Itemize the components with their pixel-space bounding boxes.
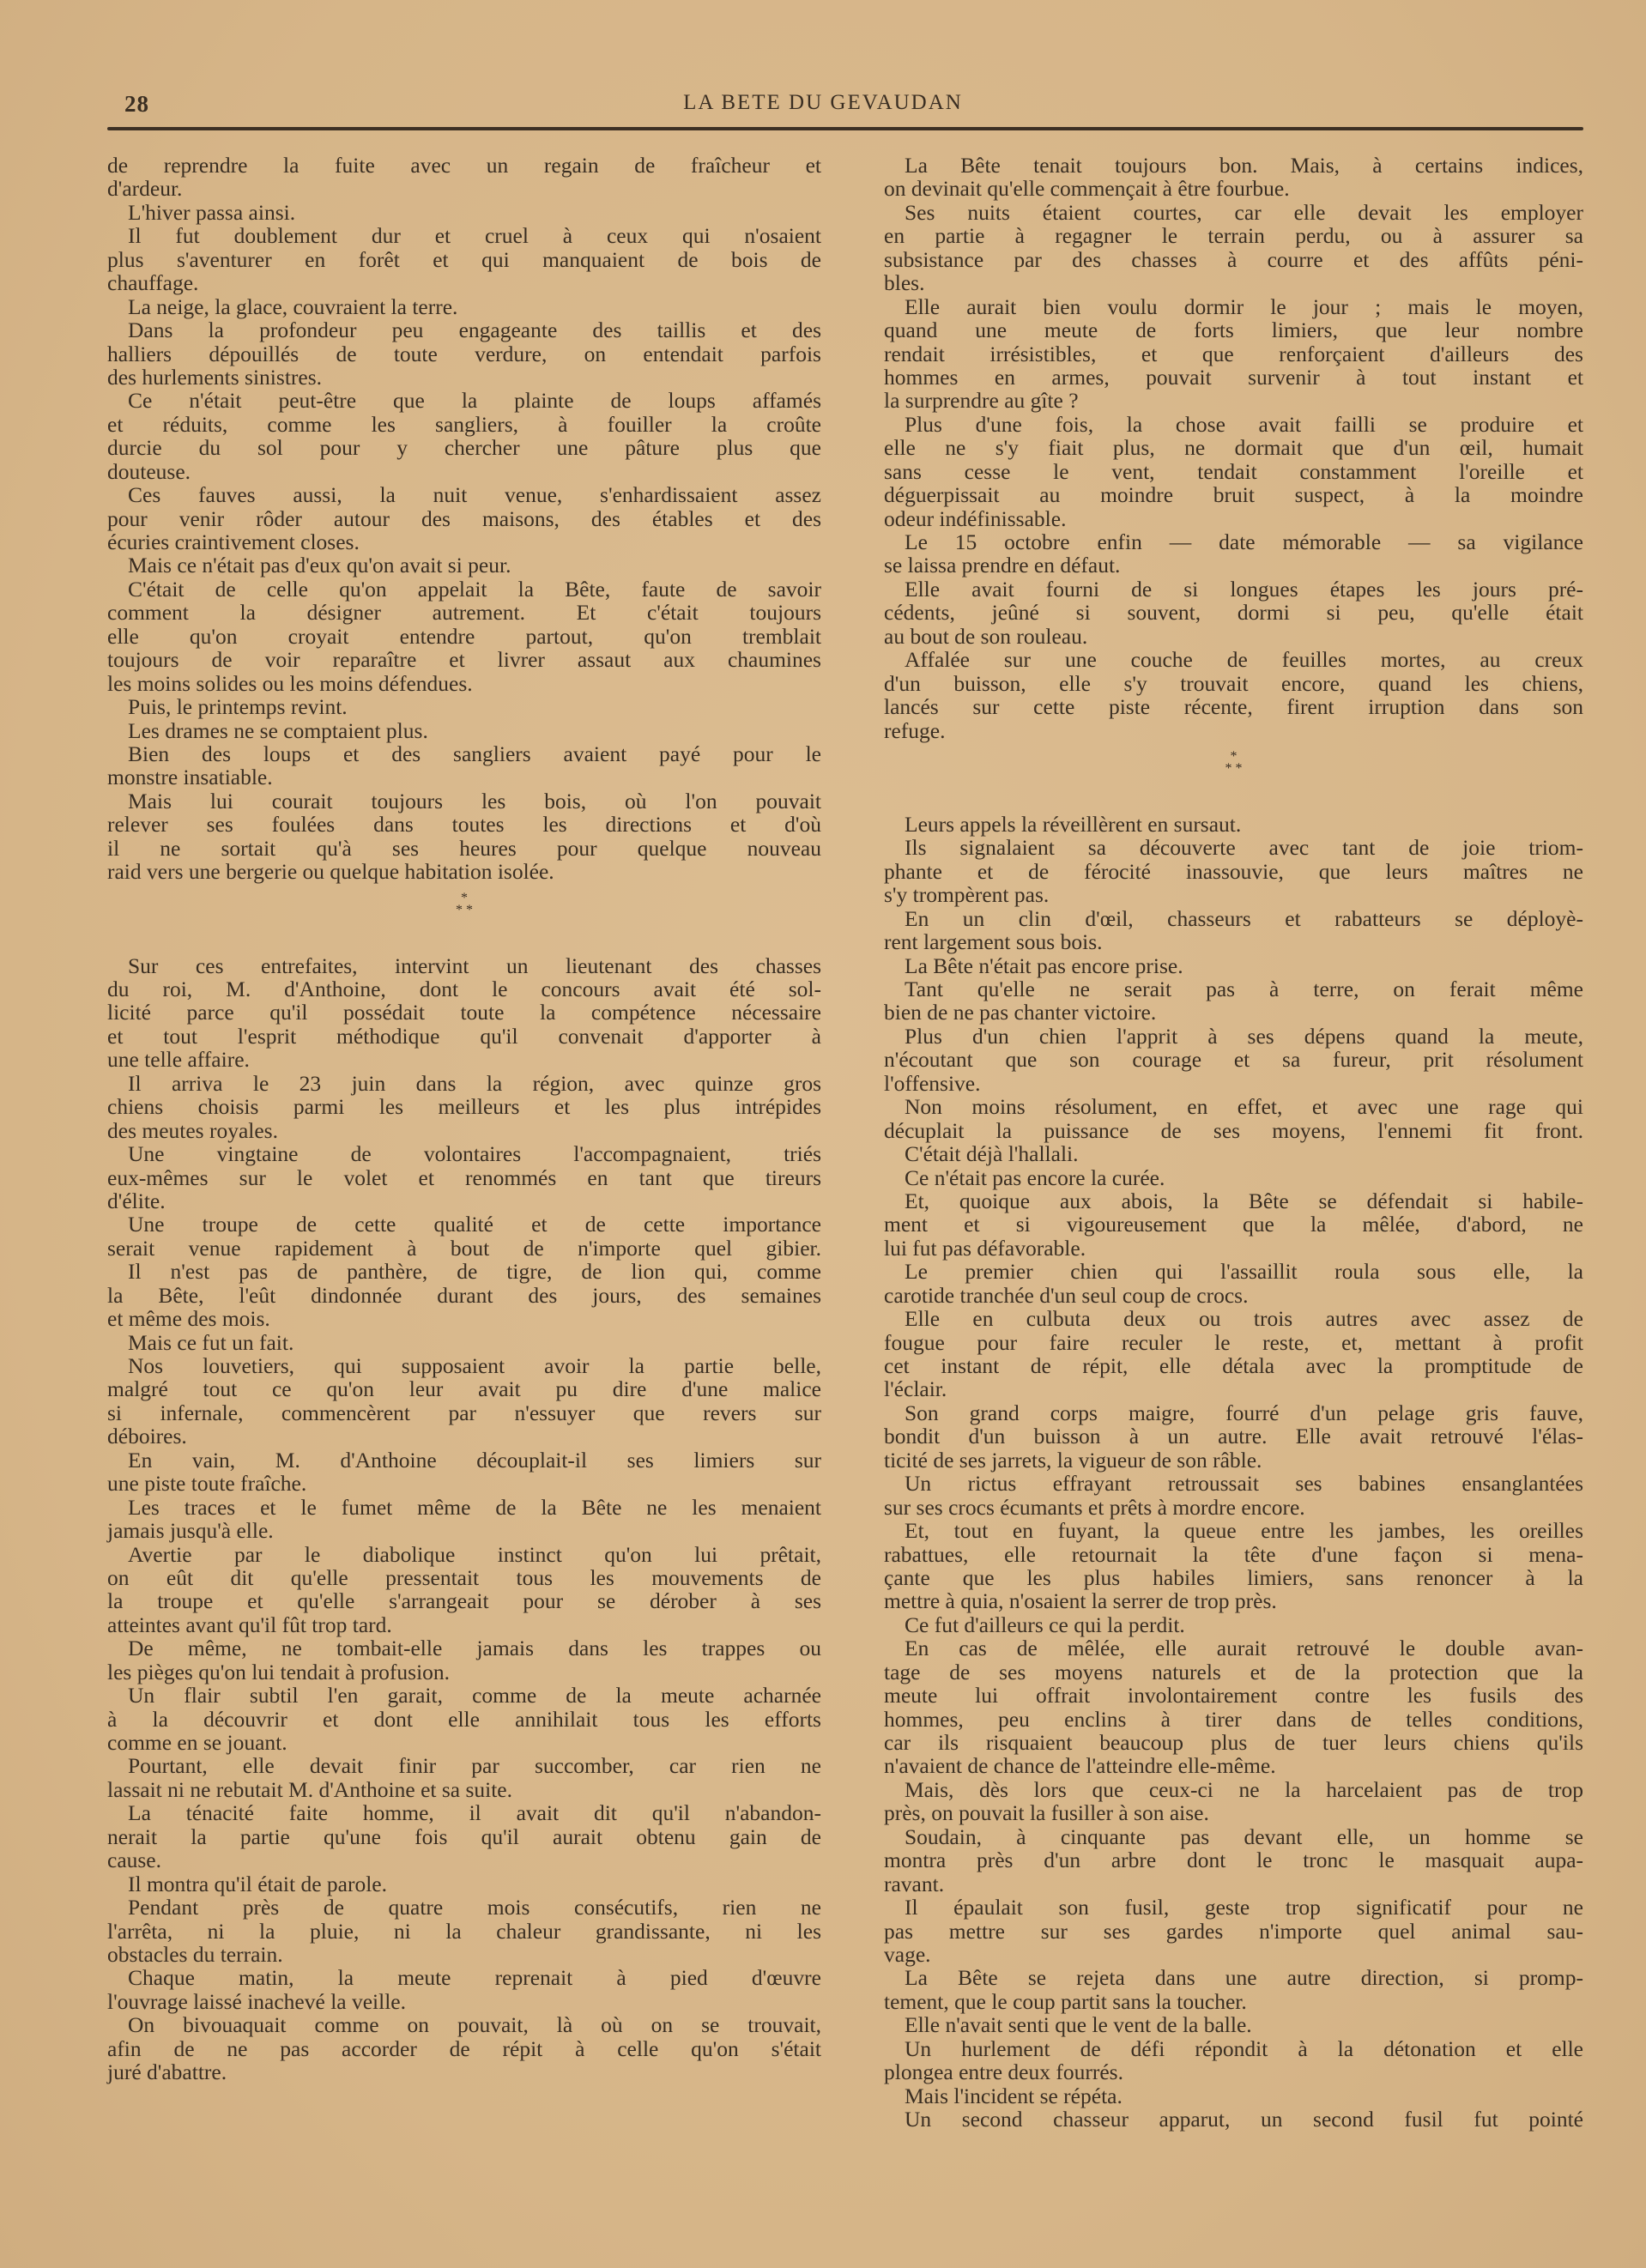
text-line: La Bête n'était pas encore prise.: [884, 954, 1583, 977]
text-line: halliers dépouillés de toute verdure, on…: [107, 342, 821, 366]
text-line: De même, ne tombait-elle jamais dans les…: [107, 1636, 821, 1660]
text-line: déboires.: [107, 1424, 821, 1448]
text-line: Il montra qu'il était de parole.: [107, 1872, 821, 1896]
asterism-bottom: * *: [107, 904, 821, 916]
text-line: la surprendre au gîte ?: [884, 389, 1583, 412]
text-line: Les traces et le fumet même de la Bête n…: [107, 1496, 821, 1519]
text-line: ticité de ses jarrets, la vigueur de son…: [884, 1448, 1583, 1472]
text-line: meute lui offrait involontairement contr…: [884, 1684, 1583, 1707]
header-rule: [107, 127, 1583, 130]
text-line: une telle affaire.: [107, 1048, 821, 1071]
text-line: Sur ces entrefaites, intervint un lieute…: [107, 954, 821, 977]
text-line: d'un buisson, elle s'y trouvait encore, …: [884, 672, 1583, 695]
text-line: Il fut doublement dur et cruel à ceux qu…: [107, 224, 821, 247]
text-line: La ténacité faite homme, il avait dit qu…: [107, 1801, 821, 1824]
text-line: à la découvrir et dont elle annihilait t…: [107, 1708, 821, 1731]
text-line: Elle avait fourni de si longues étapes l…: [884, 578, 1583, 601]
text-line: et tout l'esprit méthodique qu'il conven…: [107, 1025, 821, 1048]
text-line: cause.: [107, 1848, 821, 1872]
text-line: mettre à quia, n'osaient la serrer de tr…: [884, 1589, 1583, 1612]
text-line: il ne sortait qu'à ses heures pour quelq…: [107, 837, 821, 860]
text-line: plongea entre deux fourrés.: [884, 2060, 1583, 2084]
text-line: plus s'aventurer en forêt et qui manquai…: [107, 248, 821, 271]
text-line: serait venue rapidement à bout de n'impo…: [107, 1237, 821, 1260]
text-line: afin de ne pas accorder de répit à celle…: [107, 2037, 821, 2060]
text-line: la troupe et qu'elle s'arrangeait pour s…: [107, 1589, 821, 1612]
text-line: Mais ce n'était pas d'eux qu'on avait si…: [107, 553, 821, 577]
text-line: En un clin d'œil, chasseurs et rabatteur…: [884, 907, 1583, 930]
text-line: En vain, M. d'Anthoine découplait-il ses…: [107, 1448, 821, 1472]
text-line: Pourtant, elle devait finir par succombe…: [107, 1754, 821, 1777]
text-line: Tant qu'elle ne serait pas à terre, on f…: [884, 977, 1583, 1001]
text-line: bien de ne pas chanter victoire.: [884, 1001, 1583, 1024]
text-line: Il arriva le 23 juin dans la région, ave…: [107, 1072, 821, 1095]
text-line: En cas de mêlée, elle aurait retrouvé le…: [884, 1636, 1583, 1660]
right-text-block-1: La Bête tenait toujours bon. Mais, à cer…: [884, 154, 1583, 742]
text-line: La neige, la glace, couvraient la terre.: [107, 295, 821, 318]
text-line: d'élite.: [107, 1189, 821, 1213]
text-line: lancés sur cette piste récente, firent i…: [884, 695, 1583, 718]
text-line: monstre insatiable.: [107, 765, 821, 789]
text-line: nerait la partie qu'une fois qu'il aurai…: [107, 1825, 821, 1848]
text-line: Dans la profondeur peu engageante des ta…: [107, 318, 821, 342]
text-line: de reprendre la fuite avec un regain de …: [107, 154, 821, 177]
text-line: en partie à regagner le terrain perdu, o…: [884, 224, 1583, 247]
text-line: carotide tranchée d'un seul coup de croc…: [884, 1284, 1583, 1307]
text-line: Une troupe de cette qualité et de cette …: [107, 1213, 821, 1236]
text-line: Et, tout en fuyant, la queue entre les j…: [884, 1519, 1583, 1542]
text-line: et même des mois.: [107, 1307, 821, 1330]
text-line: chauffage.: [107, 271, 821, 294]
text-line: La Bête tenait toujours bon. Mais, à cer…: [884, 154, 1583, 177]
text-line: Une vingtaine de volontaires l'accompagn…: [107, 1142, 821, 1165]
text-line: Non moins résolument, en effet, et avec …: [884, 1095, 1583, 1118]
text-line: douteuse.: [107, 460, 821, 483]
text-line: Mais, dès lors que ceux-ci ne la harcela…: [884, 1778, 1583, 1801]
text-line: Mais ce fut un fait.: [107, 1331, 821, 1354]
text-line: montra près d'un arbre dont le tronc le …: [884, 1848, 1583, 1872]
text-line: sans cesse le vent, tendait constamment …: [884, 460, 1583, 483]
text-line: elle qu'on croyait entendre partout, qu'…: [107, 625, 821, 648]
book-page: 28 LA BETE DU GEVAUDAN de reprendre la f…: [0, 0, 1646, 2268]
text-line: ment et si vigoureusement que la mêlée, …: [884, 1213, 1583, 1236]
text-line: Ils signalaient sa découverte avec tant …: [884, 836, 1583, 859]
text-line: des meutes royales.: [107, 1119, 821, 1142]
text-line: au bout de son rouleau.: [884, 625, 1583, 648]
text-line: lui fut pas défavorable.: [884, 1237, 1583, 1260]
text-line: pas mettre sur ses gardes n'importe quel…: [884, 1920, 1583, 1943]
text-line: Un hurlement de défi répondit à la déton…: [884, 2037, 1583, 2060]
text-line: Et, quoique aux abois, la Bête se défend…: [884, 1189, 1583, 1213]
text-line: C'était de celle qu'on appelait la Bête,…: [107, 578, 821, 601]
text-line: obstacles du terrain.: [107, 1943, 821, 1966]
text-line: juré d'abattre.: [107, 2060, 821, 2084]
text-line: Soudain, à cinquante pas devant elle, un…: [884, 1825, 1583, 1848]
text-line: çante que les plus habiles limiers, sans…: [884, 1566, 1583, 1589]
text-line: d'ardeur.: [107, 177, 821, 200]
text-line: Pendant près de quatre mois consécutifs,…: [107, 1896, 821, 1919]
text-line: on devinait qu'elle commençait à être fo…: [884, 177, 1583, 200]
text-line: bondit d'un buisson à un autre. Elle ava…: [884, 1424, 1583, 1448]
text-line: hommes en armes, pouvait survenir à tout…: [884, 366, 1583, 389]
text-line: Nos louvetiers, qui supposaient avoir la…: [107, 1354, 821, 1377]
text-line: sur ses crocs écumants et prêts à mordre…: [884, 1496, 1583, 1519]
text-line: Elle aurait bien voulu dormir le jour ; …: [884, 295, 1583, 318]
text-line: hommes, peu enclins à tirer dans de tell…: [884, 1708, 1583, 1731]
text-line: Ces fauves aussi, la nuit venue, s'enhar…: [107, 483, 821, 506]
text-line: Elle en culbuta deux ou trois autres ave…: [884, 1307, 1583, 1330]
text-line: phante et de férocité inassouvie, que le…: [884, 860, 1583, 883]
text-line: pour venir rôder autour des maisons, des…: [107, 507, 821, 530]
text-line: car ils risquaient beaucoup plus de tuer…: [884, 1731, 1583, 1754]
text-line: On bivouaquait comme on pouvait, là où o…: [107, 2013, 821, 2036]
text-line: bles.: [884, 271, 1583, 294]
text-line: Ses nuits étaient courtes, car elle deva…: [884, 201, 1583, 224]
section-separator: * * *: [884, 742, 1583, 813]
text-line: Bien des loups et des sangliers avaient …: [107, 742, 821, 765]
text-line: l'offensive.: [884, 1072, 1583, 1095]
text-line: Les drames ne se comptaient plus.: [107, 719, 821, 742]
text-line: rendait irrésistibles, et que renforçaie…: [884, 342, 1583, 366]
text-line: licité parce qu'il possédait toute la co…: [107, 1001, 821, 1024]
text-line: eux-mêmes sur le volet et renommés en ta…: [107, 1166, 821, 1189]
text-line: Affalée sur une couche de feuilles morte…: [884, 648, 1583, 671]
text-line: relever ses foulées dans toutes les dire…: [107, 813, 821, 836]
text-line: cet instant de répit, elle détala avec l…: [884, 1354, 1583, 1377]
text-line: refuge.: [884, 719, 1583, 742]
text-line: n'écoutant que son courage et sa fureur,…: [884, 1048, 1583, 1071]
text-line: les moins solides ou les moins défendues…: [107, 672, 821, 695]
text-line: elle ne s'y fiait plus, ne dormait que d…: [884, 436, 1583, 459]
text-line: chiens choisis parmi les meilleurs et le…: [107, 1095, 821, 1118]
text-line: tage de ses moyens naturels et de la pro…: [884, 1660, 1583, 1684]
text-line: comment la désigner autrement. Et c'étai…: [107, 601, 821, 624]
text-line: atteintes avant qu'il fût trop tard.: [107, 1613, 821, 1636]
left-text-block-1: de reprendre la fuite avec un regain de …: [107, 154, 821, 884]
text-line: raid vers une bergerie ou quelque habita…: [107, 860, 821, 883]
text-line: La Bête se rejeta dans une autre directi…: [884, 1966, 1583, 1989]
text-line: Mais lui courait toujours les bois, où l…: [107, 789, 821, 813]
text-line: décuplait la puissance de ses moyens, l'…: [884, 1119, 1583, 1142]
text-line: déguerpissait au moindre bruit suspect, …: [884, 483, 1583, 506]
text-line: Ce n'était peut-être que la plainte de l…: [107, 389, 821, 412]
text-line: fougue pour faire reculer le reste, et, …: [884, 1331, 1583, 1354]
text-line: des hurlements sinistres.: [107, 366, 821, 389]
text-line: odeur indéfinissable.: [884, 507, 1583, 530]
text-line: cédents, jeûné si souvent, dormi si peu,…: [884, 601, 1583, 624]
text-line: subsistance par des chasses à courre et …: [884, 248, 1583, 271]
text-line: et réduits, comme les sangliers, à fouil…: [107, 413, 821, 436]
text-line: Leurs appels la réveillèrent en sursaut.: [884, 813, 1583, 836]
text-line: rent largement sous bois.: [884, 930, 1583, 953]
text-line: du roi, M. d'Anthoine, dont le concours …: [107, 977, 821, 1001]
text-line: Le 15 octobre enfin — date mémorable — s…: [884, 530, 1583, 553]
text-line: toujours de voir reparaître et livrer as…: [107, 648, 821, 671]
text-line: Son grand corps maigre, fourré d'un pela…: [884, 1401, 1583, 1424]
text-line: une piste toute fraîche.: [107, 1472, 821, 1495]
text-line: l'arrêta, ni la pluie, ni la chaleur gra…: [107, 1920, 821, 1943]
left-column: de reprendre la fuite avec un regain de …: [107, 154, 821, 2084]
text-line: on eût dit qu'elle pressentait tous les …: [107, 1566, 821, 1589]
text-line: rabattues, elle retournait la tête d'une…: [884, 1543, 1583, 1566]
text-line: Il épaulait son fusil, geste trop signif…: [884, 1896, 1583, 1919]
text-line: Ce fut d'ailleurs ce qui la perdit.: [884, 1613, 1583, 1636]
text-line: les pièges qu'on lui tendait à profusion…: [107, 1660, 821, 1684]
text-line: Puis, le printemps revint.: [107, 695, 821, 718]
text-line: Avertie par le diabolique instinct qu'on…: [107, 1543, 821, 1566]
text-line: écuries craintivement closes.: [107, 530, 821, 553]
text-line: Chaque matin, la meute reprenait à pied …: [107, 1966, 821, 1989]
text-line: Ce n'était pas encore la curée.: [884, 1166, 1583, 1189]
text-line: Il n'est pas de panthère, de tigre, de l…: [107, 1260, 821, 1283]
text-line: comme en se jouant.: [107, 1731, 821, 1754]
text-line: n'avaient de chance de l'atteindre elle-…: [884, 1754, 1583, 1777]
right-text-block-2: Leurs appels la réveillèrent en sursaut.…: [884, 813, 1583, 2132]
text-line: Le premier chien qui l'assaillit roula s…: [884, 1260, 1583, 1283]
text-line: lassait ni ne rebutait M. d'Anthoine et …: [107, 1778, 821, 1801]
text-line: malgré tout ce qu'on leur avait pu dire …: [107, 1377, 821, 1400]
text-line: l'éclair.: [884, 1377, 1583, 1400]
text-line: se laissa prendre en défaut.: [884, 553, 1583, 577]
asterism-bottom: * *: [884, 763, 1583, 775]
text-line: s'y trompèrent pas.: [884, 883, 1583, 906]
text-line: durcie du sol pour y chercher une pâture…: [107, 436, 821, 459]
text-line: jamais jusqu'à elle.: [107, 1519, 821, 1542]
running-title: LA BETE DU GEVAUDAN: [0, 91, 1646, 115]
text-line: Plus d'un chien l'apprit à ses dépens qu…: [884, 1025, 1583, 1048]
text-line: L'hiver passa ainsi.: [107, 201, 821, 224]
section-separator: * * *: [107, 884, 821, 954]
text-line: Un rictus effrayant retroussait ses babi…: [884, 1472, 1583, 1495]
text-line: vage.: [884, 1943, 1583, 1966]
text-line: près, on pouvait la fusiller à son aise.: [884, 1801, 1583, 1824]
text-line: Plus d'une fois, la chose avait failli s…: [884, 413, 1583, 436]
text-line: l'ouvrage laissé inachevé la veille.: [107, 1990, 821, 2013]
text-line: la Bête, l'eût dindonnée durant des jour…: [107, 1284, 821, 1307]
text-line: Un second chasseur apparut, un second fu…: [884, 2108, 1583, 2131]
right-column: La Bête tenait toujours bon. Mais, à cer…: [884, 154, 1583, 2131]
text-line: Un flair subtil l'en garait, comme de la…: [107, 1684, 821, 1707]
text-line: Mais l'incident se répéta.: [884, 2084, 1583, 2108]
text-line: quand une meute de forts limiers, que le…: [884, 318, 1583, 342]
left-text-block-2: Sur ces entrefaites, intervint un lieute…: [107, 954, 821, 2084]
text-line: C'était déjà l'hallali.: [884, 1142, 1583, 1165]
text-line: ravant.: [884, 1872, 1583, 1896]
text-line: tement, que le coup partit sans la touch…: [884, 1990, 1583, 2013]
text-line: si infernale, commencèrent par n'essuyer…: [107, 1401, 821, 1424]
text-line: Elle n'avait senti que le vent de la bal…: [884, 2013, 1583, 2036]
